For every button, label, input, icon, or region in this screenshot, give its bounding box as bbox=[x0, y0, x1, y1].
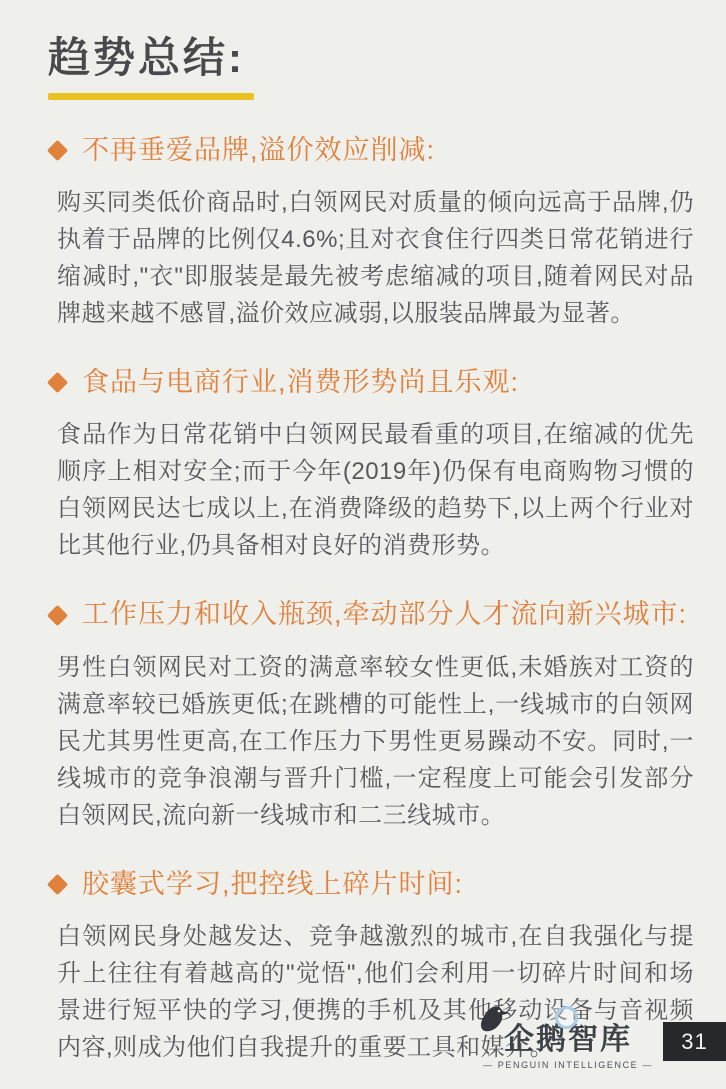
section-body-text: 食品作为日常花销中白领网民最看重的项目,在缩减的优先顺序上相对安全;而于今年(2… bbox=[57, 416, 694, 564]
page-footer: 企鹅智库 — PENGUIN INTELLIGENCE — 31 bbox=[483, 1013, 726, 1070]
section-heading: 胶囊式学习,把控线上碎片时间: bbox=[48, 867, 696, 902]
section-heading-text: 食品与电商行业,消费形势尚且乐观: bbox=[82, 365, 519, 400]
diamond-bullet-icon bbox=[47, 372, 68, 393]
logo-en-text: — PENGUIN INTELLIGENCE — bbox=[483, 1060, 653, 1070]
diamond-bullet-icon bbox=[47, 604, 68, 625]
diamond-bullet-icon bbox=[47, 140, 68, 161]
page-content: 趋势总结: 不再垂爱品牌,溢价效应削减: 购买同类低价商品时,白领网民对质量的倾… bbox=[0, 0, 726, 1066]
title-underline bbox=[48, 93, 254, 100]
section-heading-text: 胶囊式学习,把控线上碎片时间: bbox=[82, 867, 463, 902]
section-heading: 不再垂爱品牌,溢价效应削减: bbox=[48, 133, 696, 168]
penguin-intelligence-logo: 企鹅智库 — PENGUIN INTELLIGENCE — bbox=[483, 1013, 653, 1070]
report-page: 趋势总结: 不再垂爱品牌,溢价效应削减: 购买同类低价商品时,白领网民对质量的倾… bbox=[0, 0, 726, 1089]
section-heading: 食品与电商行业,消费形势尚且乐观: bbox=[48, 365, 696, 400]
page-number-badge: 31 bbox=[663, 1022, 726, 1061]
section-work-pressure: 工作压力和收入瓶颈,牵动部分人才流向新兴城市: 男性白领网民对工资的满意率较女性… bbox=[48, 597, 696, 833]
section-body-text: 购买同类低价商品时,白领网民对质量的倾向远高于品牌,仍执着于品牌的比例仅4.6%… bbox=[57, 184, 694, 332]
section-body-text: 男性白领网民对工资的满意率较女性更低,未婚族对工资的满意率较已婚族更低;在跳槽的… bbox=[57, 649, 694, 834]
section-brand-premium: 不再垂爱品牌,溢价效应削减: 购买同类低价商品时,白领网民对质量的倾向远高于品牌… bbox=[48, 133, 696, 332]
section-heading-text: 工作压力和收入瓶颈,牵动部分人才流向新兴城市: bbox=[82, 597, 687, 632]
diamond-bullet-icon bbox=[47, 874, 68, 895]
page-title: 趋势总结: bbox=[48, 34, 696, 82]
section-heading: 工作压力和收入瓶颈,牵动部分人才流向新兴城市: bbox=[48, 597, 696, 632]
section-food-ecommerce: 食品与电商行业,消费形势尚且乐观: 食品作为日常花销中白领网民最看重的项目,在缩… bbox=[48, 365, 696, 564]
section-heading-text: 不再垂爱品牌,溢价效应削减: bbox=[82, 133, 435, 168]
magnifier-icon bbox=[555, 1006, 578, 1029]
